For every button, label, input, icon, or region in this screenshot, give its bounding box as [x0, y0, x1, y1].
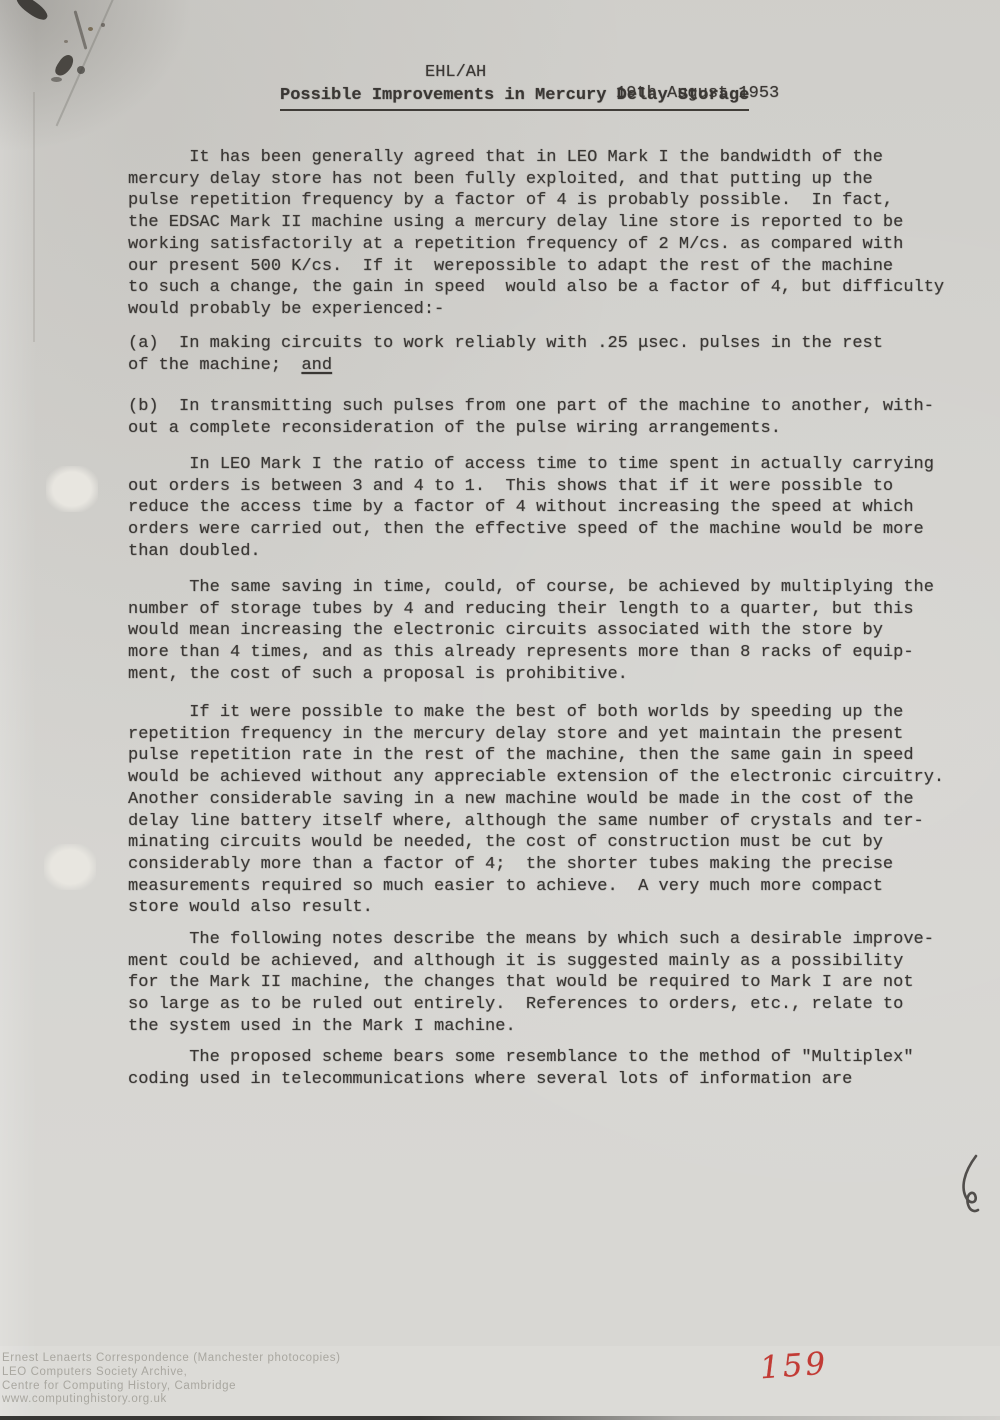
caption-line: Centre for Computing History, Cambridge: [2, 1380, 341, 1394]
pen-squiggle-mark: [952, 1152, 986, 1216]
list-item-a-and: and: [301, 356, 332, 375]
scan-left-edge: [0, 0, 46, 1420]
list-item-a-line2: of the machine;: [128, 356, 301, 375]
scan-bottom-edge: [0, 1416, 1000, 1420]
paragraph-multiplex: The proposed scheme bears some resemblan…: [128, 1047, 964, 1090]
reference-code: EHL/AH: [425, 62, 486, 84]
list-item-a-text: (a) In making circuits to work reliably …: [128, 334, 883, 353]
paragraph-best-of-both: If it were possible to make the best of …: [128, 702, 964, 919]
document-header: EHL/AH 19th August 1953: [128, 40, 964, 64]
list-item-a: (a) In making circuits to work reliably …: [128, 333, 964, 376]
caption-line: www.computinghistory.org.uk: [2, 1393, 341, 1407]
caption-line: LEO Computers Society Archive,: [2, 1366, 341, 1380]
caption-line: Ernest Lenaerts Correspondence (Manchest…: [2, 1352, 341, 1366]
handwritten-page-number: 159: [759, 1346, 830, 1387]
paper-crease: [33, 92, 35, 342]
punch-hole: [46, 466, 98, 512]
list-item-b: (b) In transmitting such pulses from one…: [128, 396, 964, 439]
paragraph-intro: It has been generally agreed that in LEO…: [128, 147, 964, 321]
scanned-document-page: EHL/AH 19th August 1953 Possible Improve…: [0, 0, 1000, 1420]
punch-hole: [44, 844, 96, 890]
ink-dash-mark: [51, 77, 62, 82]
archive-caption: Ernest Lenaerts Correspondence (Manchest…: [2, 1352, 341, 1407]
paragraph-storage-tubes: The same saving in time, could, of cours…: [128, 577, 964, 686]
document-title: Possible Improvements in Mercury Delay S…: [280, 85, 749, 111]
ink-speck: [101, 23, 105, 27]
ink-speck: [88, 27, 93, 31]
paragraph-access-time: In LEO Mark I the ratio of access time t…: [128, 454, 964, 563]
ink-speck: [64, 40, 68, 43]
paragraph-following-notes: The following notes describe the means b…: [128, 929, 964, 1038]
ink-dot-mark: [77, 66, 85, 74]
